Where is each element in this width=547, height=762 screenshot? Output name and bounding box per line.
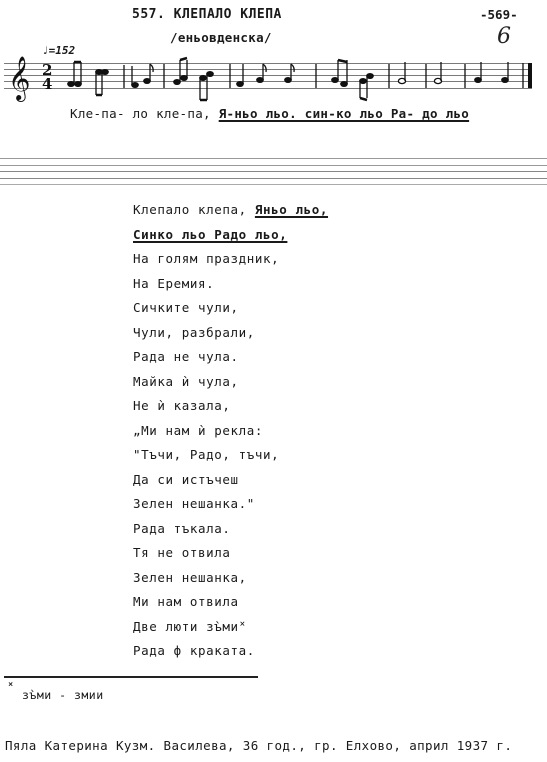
poem-line-text: Ми нам отвила (133, 594, 239, 609)
poem-line: Не ѝ казала, (133, 394, 328, 419)
poem-line: Ми нам отвила (133, 590, 328, 615)
page-number: -569- (480, 7, 518, 22)
poem-line: Рада ф краката. (133, 639, 328, 664)
poem-line: Майка ѝ чула, (133, 370, 328, 395)
poem-line-text: Зелен нешанка." (133, 496, 255, 511)
treble-clef-icon: 𝄞 (8, 56, 30, 102)
lyrics-refrain: Я-ньо льо. син-ко льо Ра- до льо (219, 106, 469, 121)
music-lyrics: Кле-па- ло кле-па, Я-ньо льо. син-ко льо… (70, 106, 469, 121)
footnote-divider (4, 676, 258, 678)
poem-line-text: Зелен нешанка, (133, 570, 247, 585)
poem-line: Чули, разбрали, (133, 321, 328, 346)
footnote-text: зъ̀ми - змии (22, 688, 104, 702)
time-signature-bottom: 4 (42, 75, 52, 93)
poem-line: Зелен нешанка." (133, 492, 328, 517)
lyrics-plain: Кле-па- ло кле-па, (70, 106, 219, 121)
poem-line-text: Тя не отвила (133, 545, 231, 560)
staff-line (0, 158, 547, 159)
poem-refrain: Синко льо Радо льо, (133, 227, 287, 242)
poem-line: На голям праздник, (133, 247, 328, 272)
footnote-mark: ˟ (7, 680, 14, 695)
poem-line-text: Рада тъкала. (133, 521, 231, 536)
poem-line-text: На голям праздник, (133, 251, 279, 266)
poem-line-text: На Еремия. (133, 276, 214, 291)
staff-line (0, 171, 547, 172)
poem-text: Клепало клепа, Яньо льо,Синко льо Радо л… (133, 198, 328, 664)
staff-line (0, 165, 547, 166)
poem-line: На Еремия. (133, 272, 328, 297)
poem-line-text: Майка ѝ чула, (133, 374, 239, 389)
poem-line: Рада не чула. (133, 345, 328, 370)
poem-line: Рада тъкала. (133, 517, 328, 542)
poem-line: Сичките чули, (133, 296, 328, 321)
poem-line-text: "Тъчи, Радо, тъчи, (133, 447, 279, 462)
poem-line: Две люти зъ̀ми˟ (133, 615, 328, 640)
poem-line: Клепало клепа, Яньо льо, (133, 198, 328, 223)
poem-line-text: Не ѝ казала, (133, 398, 231, 413)
staff-line (0, 178, 547, 179)
notes (68, 58, 532, 100)
source-attribution: Пяла Катерина Кузм. Василева, 36 год., г… (5, 738, 512, 753)
poem-line-text: Сичките чули, (133, 300, 239, 315)
poem-line: Зелен нешанка, (133, 566, 328, 591)
poem-line-text: Рада не чула. (133, 349, 239, 364)
poem-line-text: Две люти зъ̀ми˟ (133, 619, 247, 634)
poem-line: Тя не отвила (133, 541, 328, 566)
poem-refrain: Яньо льо, (255, 202, 328, 217)
poem-line: "Тъчи, Радо, тъчи, (133, 443, 328, 468)
poem-line-text: Клепало клепа, (133, 202, 255, 217)
poem-line: Синко льо Радо льо, (133, 223, 328, 248)
poem-line-text: Да си истъчеш (133, 472, 239, 487)
poem-line: „Ми нам ѝ рекла: (133, 419, 328, 444)
music-notation: 𝄞 2 4 (0, 40, 547, 105)
staff-line (0, 184, 547, 185)
poem-line-text: Чули, разбрали, (133, 325, 255, 340)
song-title: 557. КЛЕПАЛО КЛЕПА (132, 7, 282, 22)
poem-line-text: „Ми нам ѝ рекла: (133, 423, 263, 438)
poem-line-text: Рада ф краката. (133, 643, 255, 658)
poem-line: Да си истъчеш (133, 468, 328, 493)
